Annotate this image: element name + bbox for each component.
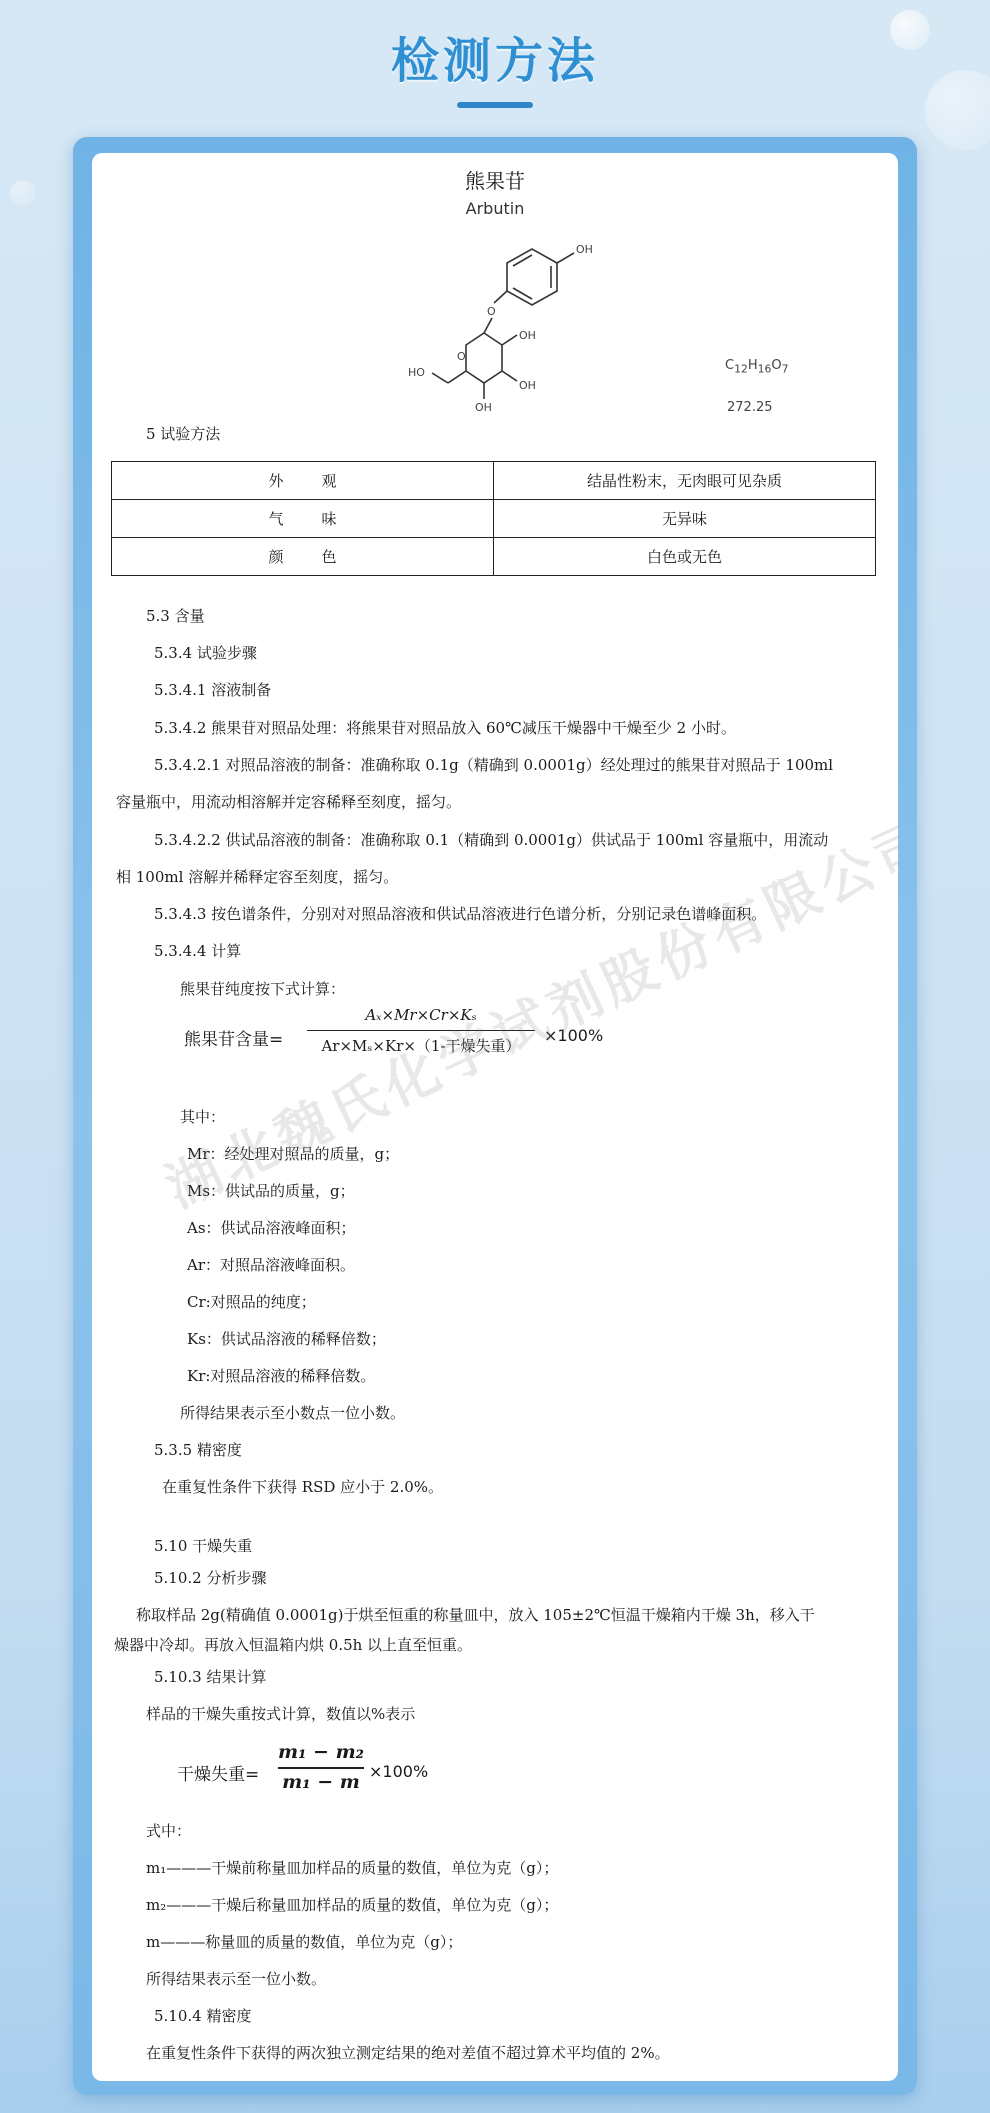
formula-lhs: 熊果苷含量= xyxy=(184,1025,283,1050)
paragraph: 5.3.4.2.1 对照品溶液的制备：准确称取 0.1g（精确到 0.0001g… xyxy=(154,754,833,775)
paragraph: 5.3.4.3 按色谱条件，分别对对照品溶液和供试品溶液进行色谱分析，分别记录色… xyxy=(154,903,766,924)
definition-item: Ms：供试品的质量，g； xyxy=(187,1180,355,1201)
where-label: 式中： xyxy=(146,1820,191,1841)
svg-text:HO: HO xyxy=(408,366,425,379)
definition-item: m₂———干燥后称量皿加样品的质量的数值，单位为克（g）； xyxy=(146,1894,558,1915)
paragraph: 燥器中冷却。再放入恒温箱内烘 0.5h 以上直至恒重。 xyxy=(114,1634,472,1655)
paragraph: 相 100ml 溶解并稀释定容至刻度，摇匀。 xyxy=(116,866,398,887)
svg-text:OH: OH xyxy=(576,243,593,256)
definition-item: Cr:对照品的纯度； xyxy=(187,1291,316,1312)
table-key: 外观 xyxy=(112,462,494,500)
svg-text:OH: OH xyxy=(519,379,536,392)
paragraph: 称取样品 2g(精确值 0.0001g)于烘至恒重的称量皿中，放入 105±2℃… xyxy=(136,1604,815,1625)
properties-table: 外观 结晶性粉末，无肉眼可见杂质 气味 无异味 颜色 白色或无色 xyxy=(111,461,876,576)
formula-multiplier: ×100% xyxy=(544,1026,603,1045)
molecular-weight: 272.25 xyxy=(727,400,773,415)
table-value: 无异味 xyxy=(494,500,876,538)
title-underline xyxy=(457,102,533,108)
definition-item: Ks：供试品溶液的稀释倍数； xyxy=(187,1328,386,1349)
table-key: 气味 xyxy=(112,500,494,538)
table-row: 颜色 白色或无色 xyxy=(112,538,876,576)
formula-fraction: m₁ − m₂ m₁ − m xyxy=(278,1741,364,1795)
formula-fraction: Aₓ×Mr×Cr×Kₛ Ar×Mₛ×Kr×（1-干燥失重） xyxy=(307,1006,535,1055)
subsection-heading: 5.10.4 精密度 xyxy=(154,2005,251,2026)
result-note: 所得结果表示至一位小数。 xyxy=(146,1968,326,1989)
subsection-heading: 5.3.4 试验步骤 xyxy=(154,642,257,663)
svg-text:O: O xyxy=(487,305,496,318)
definition-item: m———称量皿的质量的数值，单位为克（g）； xyxy=(146,1931,462,1952)
table-key: 颜色 xyxy=(112,538,494,576)
section-heading: 5.10 干燥失重 xyxy=(154,1535,252,1556)
subsection-heading: 5.3.5 精密度 xyxy=(154,1439,242,1460)
compound-name-cn: 熊果苷 xyxy=(92,165,898,194)
definition-item: Kr:对照品溶液的稀释倍数。 xyxy=(187,1365,375,1386)
definition-item: As：供试品溶液峰面积； xyxy=(187,1217,356,1238)
formula-denominator: Ar×Mₛ×Kr×（1-干燥失重） xyxy=(321,1031,520,1055)
where-label: 其中： xyxy=(180,1106,225,1127)
decor-bubble xyxy=(10,180,36,206)
paragraph: 容量瓶中，用流动相溶解并定容稀释至刻度，摇匀。 xyxy=(116,791,461,812)
formula-numerator: Aₓ×Mr×Cr×Kₛ xyxy=(365,1006,476,1030)
section-heading: 5.3 含量 xyxy=(146,605,205,626)
definition-item: m₁———干燥前称量皿加样品的质量的数值，单位为克（g）； xyxy=(146,1857,558,1878)
molecular-formula: C12H16O7 xyxy=(725,358,789,376)
svg-text:OH: OH xyxy=(519,329,536,342)
subsection-heading: 5.3.4.1 溶液制备 xyxy=(154,679,271,700)
paragraph: 5.3.4.2 熊果苷对照品处理：将熊果苷对照品放入 60℃减压干燥器中干燥至少… xyxy=(154,717,736,738)
formula-multiplier: ×100% xyxy=(369,1762,428,1781)
page-header: 检测方法 xyxy=(0,0,990,120)
compound-name-en: Arbutin xyxy=(92,199,898,218)
table-value: 结晶性粉末，无肉眼可见杂质 xyxy=(494,462,876,500)
document-card: 熊果苷 Arbutin OH O O O xyxy=(92,153,898,2081)
definition-item: Mr：经处理对照品的质量，g； xyxy=(187,1143,399,1164)
table-row: 气味 无异味 xyxy=(112,500,876,538)
paragraph: 样品的干燥失重按式计算，数值以%表示 xyxy=(146,1703,415,1724)
table-value: 白色或无色 xyxy=(494,538,876,576)
svg-text:OH: OH xyxy=(475,401,492,414)
page-title: 检测方法 xyxy=(0,22,990,91)
definition-item: Ar：对照品溶液峰面积。 xyxy=(187,1254,355,1275)
paragraph: 在重复性条件下获得的两次独立测定结果的绝对差值不超过算术平均值的 2%。 xyxy=(146,2042,670,2063)
formula-denominator: m₁ − m xyxy=(282,1769,360,1795)
paragraph: 在重复性条件下获得 RSD 应小于 2.0%。 xyxy=(162,1476,443,1497)
table-row: 外观 结晶性粉末，无肉眼可见杂质 xyxy=(112,462,876,500)
paragraph: 5.3.4.2.2 供试品溶液的制备：准确称取 0.1（精确到 0.0001g）… xyxy=(154,829,828,850)
formula-lhs: 干燥失重= xyxy=(177,1760,259,1785)
paragraph: 熊果苷纯度按下式计算： xyxy=(180,978,345,999)
subsection-heading: 5.10.2 分析步骤 xyxy=(154,1567,266,1588)
result-note: 所得结果表示至小数点一位小数。 xyxy=(180,1402,405,1423)
subsection-heading: 5.3.4.4 计算 xyxy=(154,940,241,961)
formula-numerator: m₁ − m₂ xyxy=(278,1741,364,1767)
section-heading: 5 试验方法 xyxy=(146,423,220,444)
subsection-heading: 5.10.3 结果计算 xyxy=(154,1666,266,1687)
svg-text:O: O xyxy=(457,350,466,363)
